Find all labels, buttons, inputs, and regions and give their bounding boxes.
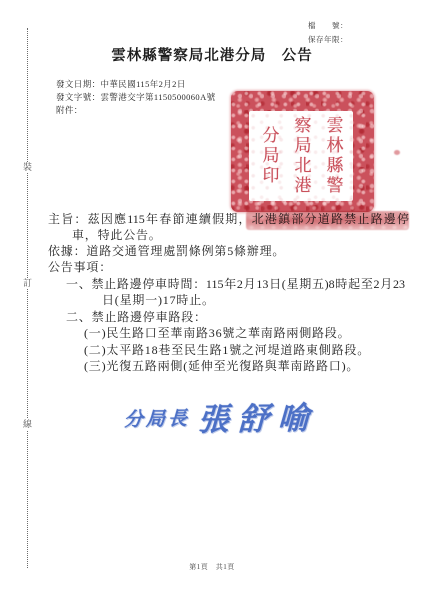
subject-line-1: 主旨：茲因應115年春節連續假期，北港鎮部分道路禁止路邊停 <box>48 212 409 227</box>
binding-char-zhuang: 裝 <box>20 162 35 173</box>
binding-char-ding: 訂 <box>20 278 35 289</box>
chief-title: 分局長 <box>124 404 191 432</box>
binding-char-xian: 線 <box>20 419 35 430</box>
item-2-sub-3: (三)光復五路兩側(延伸至光復路與華南路路口)。 <box>84 359 359 374</box>
item-1-line-1: 一、禁止路邊停車時間：115年2月13日(星期五)8時起至2月23 <box>66 277 405 292</box>
seal-inner-text: 雲林縣警 察局北港 分局印 <box>249 111 353 201</box>
seal-column-3: 分局印 <box>261 126 278 186</box>
item-1-line-2: 日(星期一)17時止。 <box>102 293 215 308</box>
issue-ref-line: 發文字號：雲警港交字第1150500060A號 <box>56 91 216 104</box>
attachment-line: 附件： <box>56 104 216 117</box>
official-seal-stamp: 雲林縣警 察局北港 分局印 <box>231 91 374 212</box>
item-2-sub-2: (二)太平路18巷至民生路1號之河堤道路東側路段。 <box>84 343 370 358</box>
chief-name: 張舒喻 <box>197 392 319 439</box>
page-footer: 第1頁 共1頁 <box>0 562 424 572</box>
red-ink-speck <box>394 150 400 155</box>
subject-line-2: 車，特此公告。 <box>72 228 162 243</box>
item-2-sub-1: (一)民生路口至華南路36號之華南路兩側路段。 <box>84 326 350 341</box>
file-number-label: 檔 號： <box>308 19 348 33</box>
issuing-info: 發文日期：中華民國115年2月2日 發文字號：雲警港交字第1150500060A… <box>56 78 216 118</box>
document-title: 雲林縣警察局北港分局 公告 <box>0 44 424 65</box>
announcement-items-header: 公告事項： <box>48 260 112 275</box>
basis-line: 依據：道路交通管理處罰條例第5條辦理。 <box>48 244 285 259</box>
binding-line <box>27 28 28 568</box>
file-block: 檔 號： 保存年限： <box>308 19 348 47</box>
issue-date-line: 發文日期：中華民國115年2月2日 <box>56 78 216 91</box>
seal-column-2: 察局北港 <box>293 116 310 196</box>
seal-column-1: 雲林縣警 <box>325 116 342 196</box>
chief-signature: 分局長 張舒喻 <box>123 392 319 440</box>
item-2-header: 二、禁止路邊停車路段： <box>66 310 207 325</box>
